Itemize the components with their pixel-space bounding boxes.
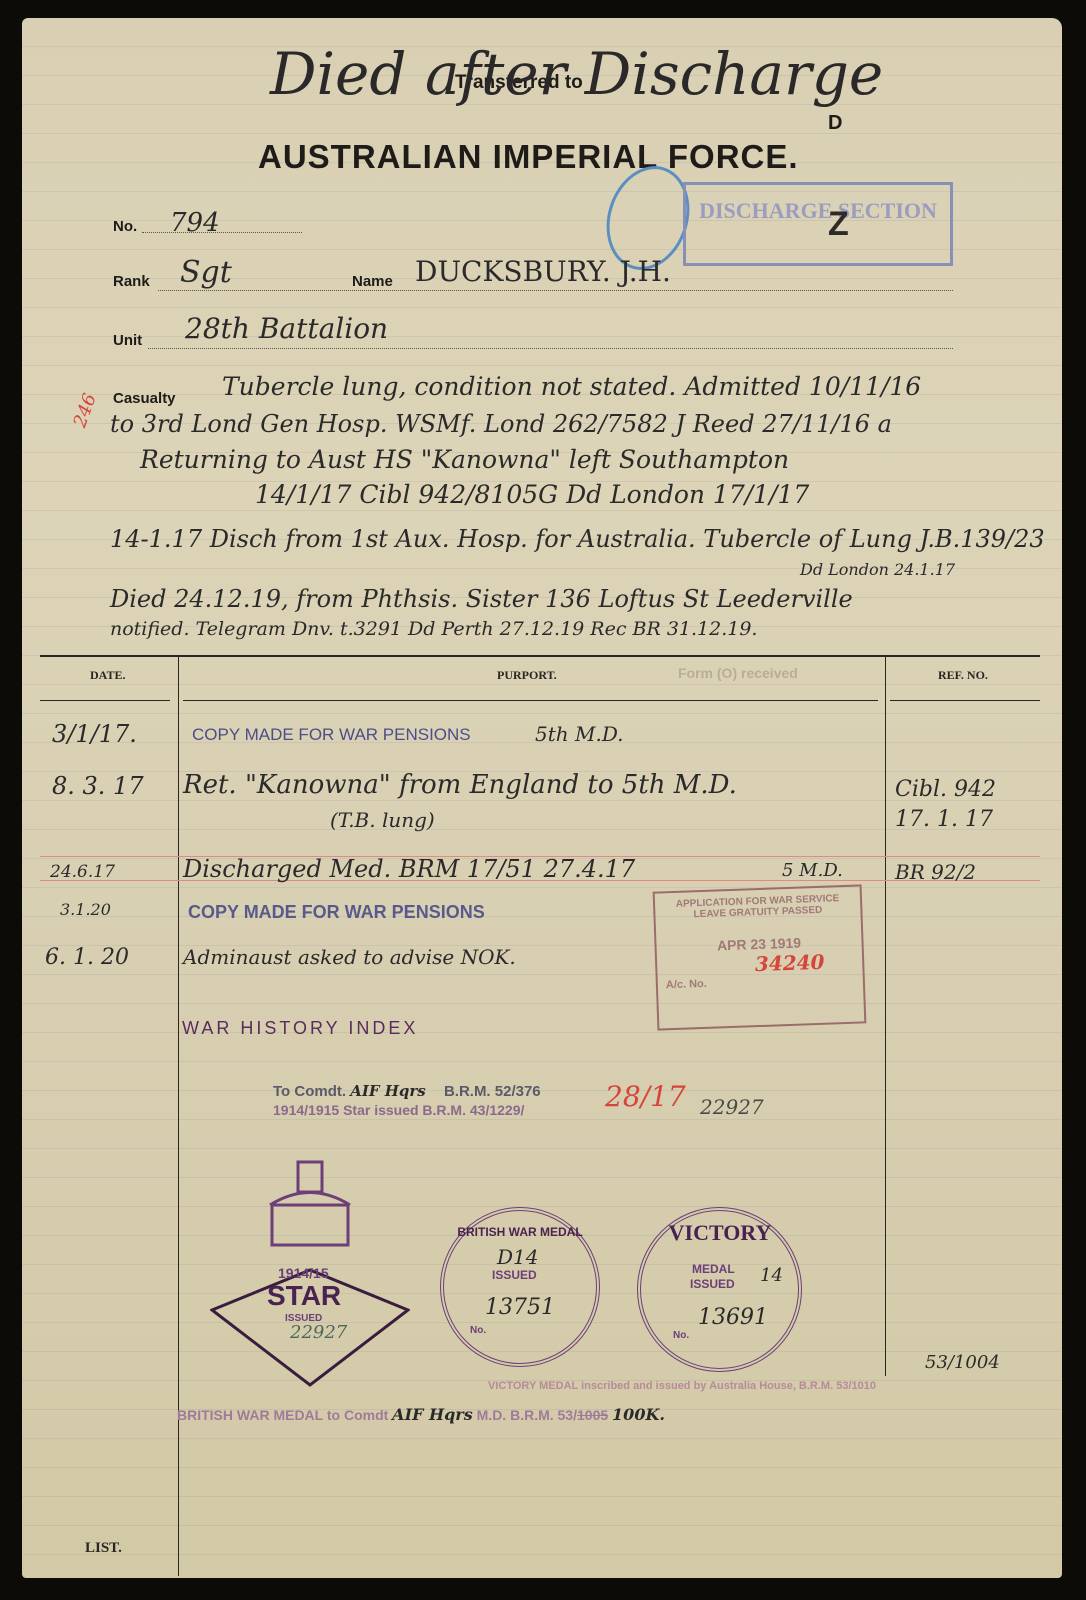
medal-line-1: To Comdt. AIF Hqrs B.R.M. 52/376 — [273, 1082, 541, 1100]
casualty-line: Returning to Aust HS "Kanowna" left Sout… — [140, 445, 789, 474]
transferred-to-value: Died after Discharge — [270, 40, 883, 108]
z-mark: Z — [828, 205, 849, 244]
bwm-line-hand: AIF Hqrs — [392, 1405, 473, 1424]
discharge-section-stamp: DISCHARGE SECTION — [683, 182, 953, 266]
date-header-rule — [40, 700, 170, 701]
casualty-line: Tubercle lung, condition not stated. Adm… — [222, 372, 921, 401]
victory-no-label: No. — [673, 1330, 689, 1341]
suffix-letter: D — [828, 112, 842, 135]
bwm-hand-top: D14 — [497, 1245, 538, 1269]
row-purport: Ret. "Kanowna" from England to 5th M.D. — [183, 770, 737, 800]
bwm-line-struck: 1005 — [577, 1407, 608, 1423]
name-value: DUCKSBURY. J.H. — [415, 255, 671, 288]
row-purport: Discharged Med. BRM 17/51 27.4.17 — [183, 855, 635, 883]
medal-hand-number: 22927 — [700, 1095, 764, 1119]
row-date: 8. 3. 17 — [52, 772, 144, 800]
row-date: 3/1/17. — [52, 720, 137, 748]
bwm-line: BRITISH WAR MEDAL to Comdt AIF Hqrs M.D.… — [177, 1405, 665, 1424]
star-stamp-title: STAR — [267, 1280, 341, 1312]
victory-number: 13691 — [698, 1305, 768, 1330]
rank-name-underline — [158, 290, 953, 291]
bwm-issued: ISSUED — [492, 1268, 537, 1282]
victory-hand-top: 14 — [760, 1265, 783, 1286]
medal-line-1-prefix: To Comdt. — [273, 1083, 346, 1100]
casualty-line: 14-1.17 Disch from 1st Aux. Hosp. for Au… — [110, 525, 1045, 553]
bwm-ring-text: BRITISH WAR MEDAL — [455, 1225, 585, 1239]
casualty-line: 14/1/17 Cibl 942/8105G Dd London 17/1/17 — [255, 480, 809, 509]
table-header-date: DATE. — [90, 668, 125, 683]
casualty-line: Dd London 24.1.17 — [800, 560, 955, 579]
ref-column-divider — [885, 656, 886, 1376]
page-title: AUSTRALIAN IMPERIAL FORCE. — [258, 138, 799, 176]
bwm-line-prefix: BRITISH WAR MEDAL to Comdt — [177, 1407, 388, 1423]
row-ref: BR 92/2 — [895, 860, 976, 884]
casualty-line: Died 24.12.19, from Phthsis. Sister 136 … — [110, 585, 853, 613]
ref-bottom: 53/1004 — [925, 1352, 1000, 1373]
unit-underline — [148, 348, 953, 349]
row-purport-stamp: COPY MADE FOR WAR PENSIONS — [188, 902, 485, 923]
bwm-no-label: No. — [470, 1325, 486, 1336]
no-value: 794 — [170, 208, 220, 238]
star-stamp-number: 22927 — [290, 1322, 347, 1343]
casualty-label: Casualty — [113, 390, 176, 407]
victory-issued: ISSUED — [690, 1277, 735, 1291]
row-purport-hand: 5 M.D. — [782, 860, 843, 881]
row-date: 24.6.17 — [50, 862, 115, 882]
bwm-line-end: 100K. — [612, 1405, 665, 1424]
row-purport: Adminaust asked to advise NOK. — [183, 945, 516, 969]
faded-form-stamp: Form (O) received — [678, 665, 798, 681]
medal-line-2: 1914/1915 Star issued B.R.M. 43/1229/ — [273, 1102, 524, 1118]
war-history-index-stamp: WAR HISTORY INDEX — [182, 1018, 418, 1039]
victory-ring-text: VICTORY — [660, 1220, 780, 1246]
table-header-ref: REF. NO. — [938, 668, 988, 683]
date-column-divider — [178, 656, 179, 1576]
victory-medal-line: VICTORY MEDAL inscribed and issued by Au… — [488, 1380, 876, 1392]
bwm-line-suffix: M.D. B.R.M. 53/ — [477, 1407, 577, 1423]
row-purport-hand: 5th M.D. — [535, 722, 624, 746]
red-note: 28/17 — [605, 1080, 686, 1113]
unit-value: 28th Battalion — [185, 312, 388, 345]
table-top-rule — [40, 655, 1040, 657]
row-ref: Cibl. 942 17. 1. 17 — [895, 775, 1025, 835]
row-purport-stamp: COPY MADE FOR WAR PENSIONS — [192, 725, 471, 745]
row-date: 3.1.20 — [60, 900, 111, 919]
medal-line-1-suffix: B.R.M. 52/376 — [444, 1083, 541, 1100]
table-header-purport: PURPORT. — [497, 668, 557, 683]
casualty-line: to 3rd Lond Gen Hosp. WSMf. Lond 262/758… — [110, 410, 892, 438]
ref-header-rule — [890, 700, 1040, 701]
purport-header-rule — [183, 700, 878, 701]
rank-label: Rank — [113, 273, 150, 290]
row-date: 6. 1. 20 — [45, 945, 129, 970]
medal-line-1-hand: AIF Hqrs — [350, 1082, 426, 1100]
casualty-line: notified. Telegram Dnv. t.3291 Dd Perth … — [110, 618, 757, 640]
bwm-number: 13751 — [485, 1295, 555, 1320]
victory-medal-label: MEDAL — [692, 1262, 735, 1276]
star-stamp-years: 1914/15 — [278, 1265, 329, 1281]
unit-label: Unit — [113, 332, 142, 349]
gratuity-stamp: APPLICATION FOR WAR SERVICE LEAVE GRATUI… — [653, 884, 867, 1030]
row-purport-hand: (T.B. lung) — [330, 808, 435, 832]
rank-value: Sgt — [180, 255, 232, 290]
no-underline — [142, 232, 302, 233]
name-label: Name — [352, 273, 393, 290]
list-label: LIST. — [85, 1540, 122, 1557]
no-label: No. — [113, 218, 137, 235]
